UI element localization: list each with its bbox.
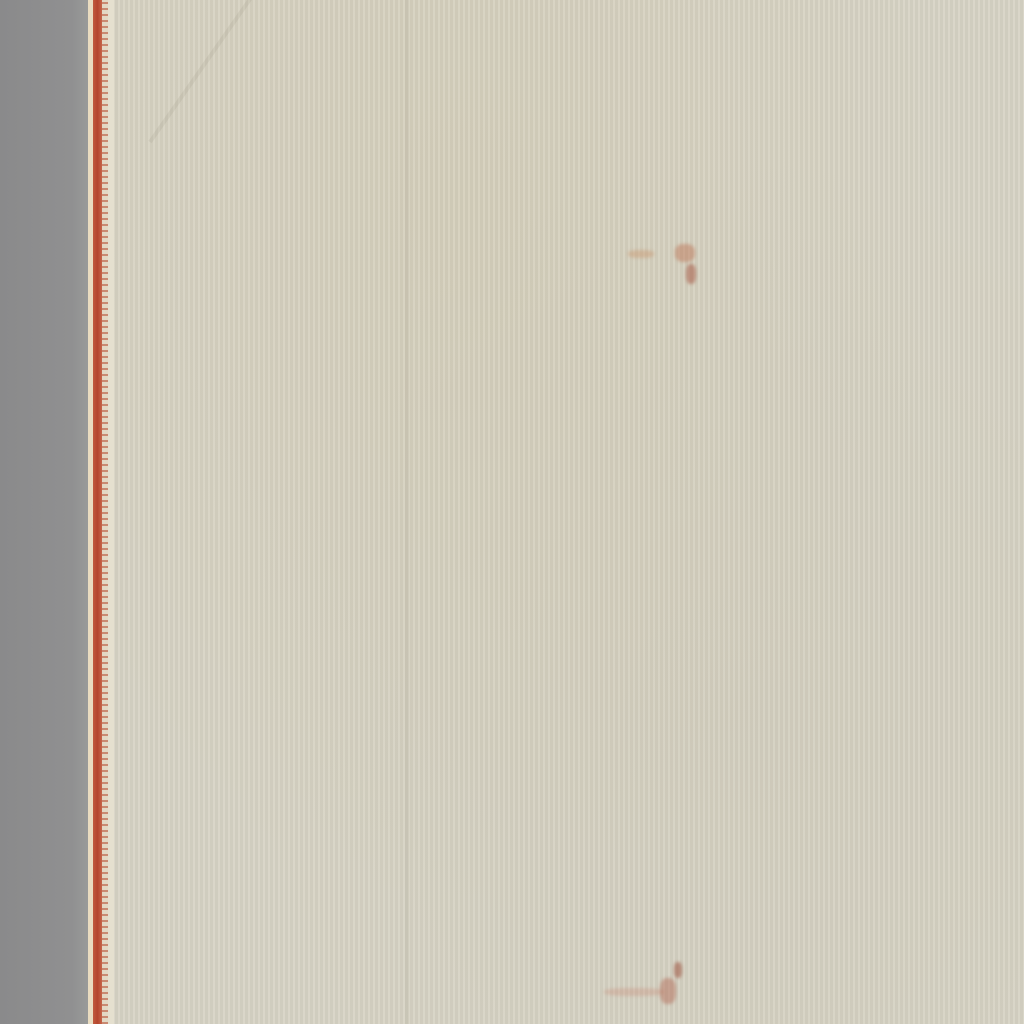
fabric-fold-line <box>405 0 409 1024</box>
textile-panel <box>88 0 1024 1024</box>
embroidered-motif-lower <box>600 958 700 1018</box>
embroidered-motif-upper <box>620 238 710 293</box>
selvage-edge-inner <box>108 0 114 1024</box>
gray-backdrop <box>0 0 90 1024</box>
selvage-red-stripe <box>93 0 102 1024</box>
